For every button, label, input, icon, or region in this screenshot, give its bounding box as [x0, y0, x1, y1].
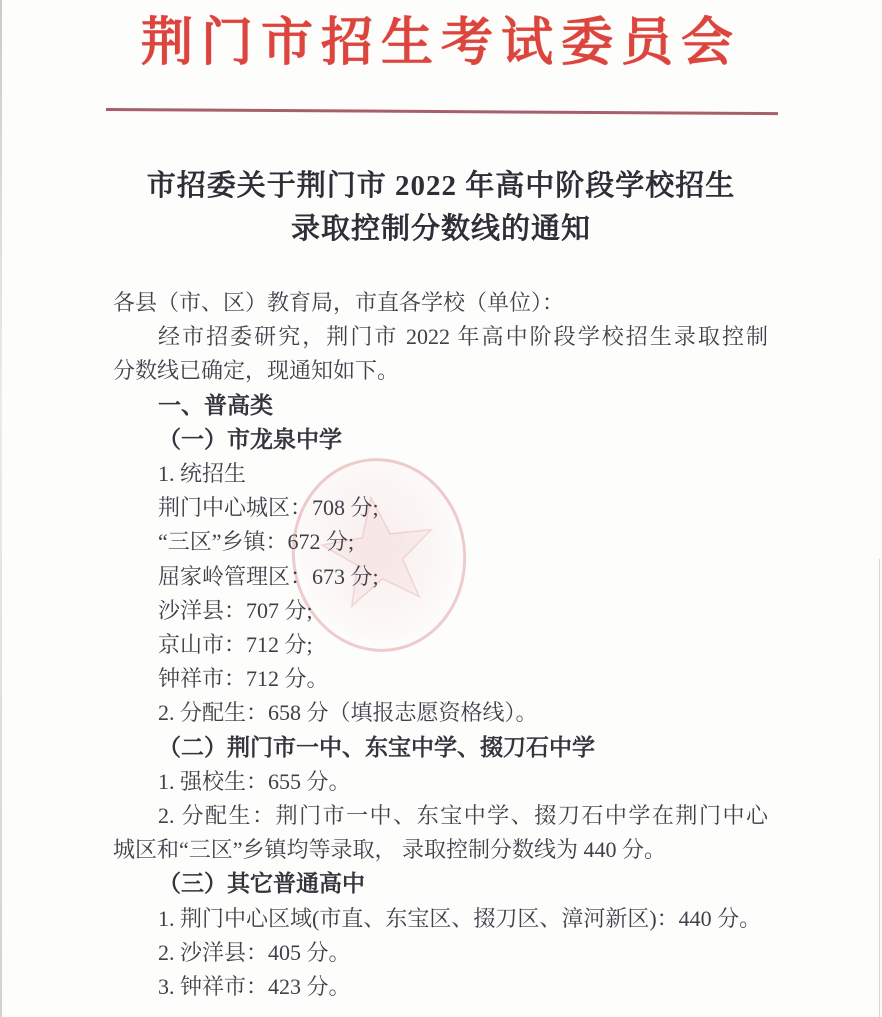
document-title: 市招委关于荆门市 2022 年高中阶段学校招生 录取控制分数线的通知 [0, 165, 882, 251]
document-title-line1: 市招委关于荆门市 2022 年高中阶段学校招生 [0, 165, 882, 208]
doc-line: 1. 强校生：655 分。 [113, 765, 768, 799]
doc-line: 2. 沙洋县：405 分。 [113, 936, 768, 970]
document-body: 各县（市、区）教育局，市直各学校（单位）：经市招委研究，荆门市 2022 年高中… [113, 286, 768, 1004]
doc-line: 2. 分配生：荆门市一中、东宝中学、掇刀石中学在荆门中心 [113, 799, 768, 833]
doc-line: 屈家岭管理区：673 分; [113, 560, 768, 594]
doc-line: 各县（市、区）教育局，市直各学校（单位）： [113, 286, 768, 320]
doc-line: 荆门中心城区：708 分; [113, 491, 768, 525]
doc-line: 分数线已确定，现通知如下。 [113, 354, 768, 388]
doc-line: 1. 统招生 [113, 457, 768, 491]
doc-line: 城区和“三区”乡镇均等录取， 录取控制分数线为 440 分。 [113, 833, 768, 867]
doc-line: 钟祥市：712 分。 [113, 662, 768, 696]
doc-line: 3. 钟祥市：423 分。 [113, 970, 768, 1004]
document-page: 荆门市招生考试委员会 市招委关于荆门市 2022 年高中阶段学校招生 录取控制分… [0, 0, 882, 1017]
doc-line: （一）市龙泉中学 [113, 423, 768, 457]
doc-line: 经市招委研究，荆门市 2022 年高中阶段学校招生录取控制 [113, 320, 768, 354]
doc-line: 2. 分配生：658 分（填报志愿资格线）。 [113, 696, 768, 730]
doc-line: 沙洋县：707 分; [113, 594, 768, 628]
agency-header-title: 荆门市招生考试委员会 [0, 12, 882, 76]
doc-line: 一、普高类 [113, 389, 768, 423]
doc-line: “三区”乡镇：672 分; [113, 525, 768, 559]
doc-line: （二）荆门市一中、东宝中学、掇刀石中学 [113, 731, 768, 765]
document-title-line2: 录取控制分数线的通知 [0, 208, 882, 251]
doc-line: 1. 荆门中心区域(市直、东宝区、掇刀区、漳河新区)：440 分。 [113, 902, 768, 936]
red-divider-line [106, 108, 778, 115]
doc-line: （三）其它普通高中 [113, 867, 768, 901]
doc-line: 京山市：712 分; [113, 628, 768, 662]
